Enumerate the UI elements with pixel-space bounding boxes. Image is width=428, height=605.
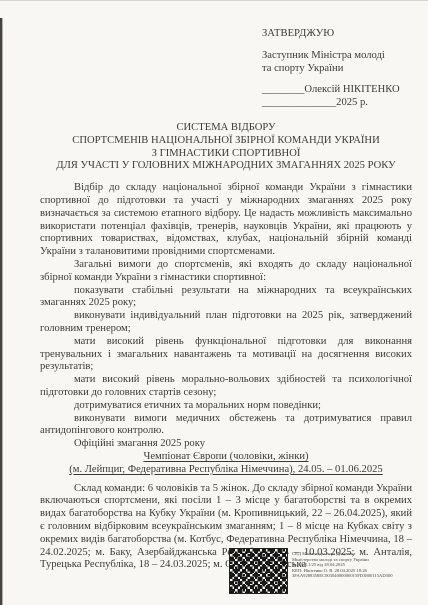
official-competitions-heading: Офіційні змагання 2025 року bbox=[40, 438, 412, 451]
title-line-3: З ГІМНАСТИКИ СПОРТИВНОЇ bbox=[40, 148, 412, 161]
title-line-4: ДЛЯ УЧАСТІ У ГОЛОВНИХ МІЖНАРОДНИХ ЗМАГАН… bbox=[40, 160, 412, 173]
approver-signature-line: ________Олексій НІКІТЕНКО bbox=[262, 84, 420, 97]
competition-name: Чемпіонат Європи (чоловіки, жінки) bbox=[40, 451, 412, 464]
stamp-hash-line: 3FAA9288358EC00304000000015FD3800115AD30… bbox=[292, 573, 428, 579]
title-line-2: СПОРТСМЕНІВ НАЦІОНАЛЬНОЇ ЗБІРНОЇ КОМАНДИ… bbox=[40, 135, 412, 148]
approval-date-line: ______________2025 р. bbox=[262, 97, 420, 110]
requirements-intro-paragraph: Загальні вимоги до спортсменів, які вход… bbox=[40, 259, 412, 285]
competition-heading: Чемпіонат Європи (чоловіки, жінки) (м. Л… bbox=[40, 451, 412, 477]
requirement-item-6: виконувати вимоги медичних обстежень та … bbox=[40, 413, 412, 439]
requirement-item-4: мати високий рівень морально-вольових зд… bbox=[40, 374, 412, 400]
approver-position-line1: Заступник Міністра молоді bbox=[262, 50, 420, 63]
document-title: СИСТЕМА ВІДБОРУ СПОРТСМЕНІВ НАЦІОНАЛЬНОЇ… bbox=[40, 122, 412, 173]
document-body: СИСТЕМА ВІДБОРУ СПОРТСМЕНІВ НАЦІОНАЛЬНОЇ… bbox=[40, 122, 412, 572]
competition-location-dates: (м. Лейпциг, Федеративна Республіка Німе… bbox=[40, 464, 412, 477]
qr-code-icon bbox=[230, 549, 287, 593]
requirement-item-3: мати високий рівень функціональної підго… bbox=[40, 336, 412, 374]
approval-word: ЗАТВЕРДЖУЮ bbox=[262, 28, 420, 41]
stamp-text-block: СЕД Мінмолодьспорт Документ Міністерство… bbox=[292, 551, 428, 579]
requirement-item-2: виконувати індивідуальний план підготовк… bbox=[40, 310, 412, 336]
requirement-item-5: дотримуватися етичних та моральних норм … bbox=[40, 400, 412, 413]
scanned-document-page: ЗАТВЕРДЖУЮ Заступник Міністра молоді та … bbox=[0, 0, 428, 605]
requirement-item-1: показувати стабільні результати на міжна… bbox=[40, 285, 412, 311]
approval-block: ЗАТВЕРДЖУЮ Заступник Міністра молоді та … bbox=[262, 28, 420, 110]
intro-paragraph: Відбір до складу національної збірної ко… bbox=[40, 182, 412, 259]
scan-edge-top bbox=[0, 0, 428, 1]
approver-position-line2: та спорту України bbox=[262, 63, 420, 76]
title-line-1: СИСТЕМА ВІДБОРУ bbox=[40, 122, 412, 135]
digital-signature-stamp: СЕД Мінмолодьспорт Документ Міністерство… bbox=[230, 548, 428, 595]
scan-edge-left bbox=[0, 18, 3, 605]
